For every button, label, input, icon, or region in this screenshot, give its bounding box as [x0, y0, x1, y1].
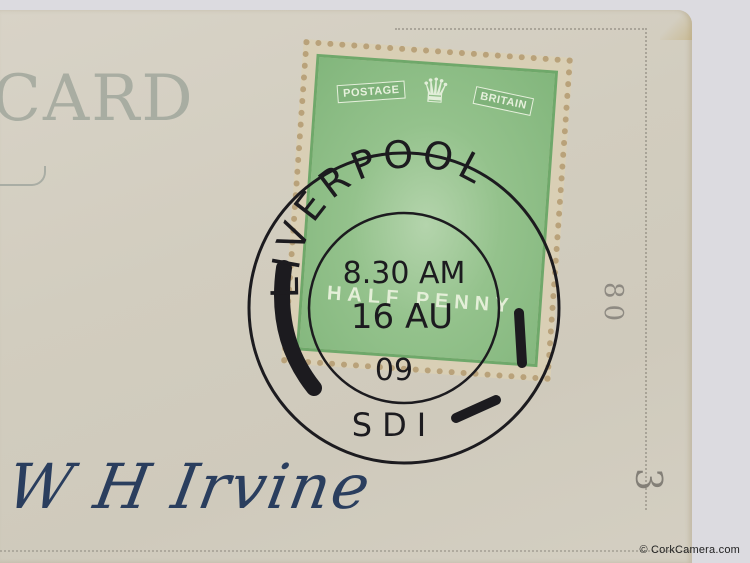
postmark-circles-icon: LIVERPOOL 8.30 AM 16 AU 09 SDI — [244, 148, 564, 468]
address-dotted-line — [0, 550, 690, 552]
crown-icon: ♛ — [419, 70, 452, 112]
stamp-label-britain: BRITAIN — [472, 86, 534, 116]
postmark-time: 8.30 AM — [343, 256, 466, 291]
heading-swash-ornament — [0, 166, 46, 186]
pencil-note: 80 — [598, 282, 628, 327]
postmark-date: 16 AU — [351, 297, 453, 337]
handwritten-signature: W H Irvine — [2, 450, 378, 523]
copyright-watermark: © CorkCamera.com — [639, 544, 740, 556]
stamp-label-postage: POSTAGE — [337, 80, 407, 103]
postmark-code: SDI — [352, 406, 436, 444]
postmark-year: 09 — [375, 353, 413, 388]
postmark: LIVERPOOL 8.30 AM 16 AU 09 SDI — [244, 148, 564, 468]
postcard-worn-corner — [660, 10, 692, 40]
pencil-mark: 3 — [627, 468, 668, 491]
postcard-heading: CARD — [0, 62, 195, 136]
